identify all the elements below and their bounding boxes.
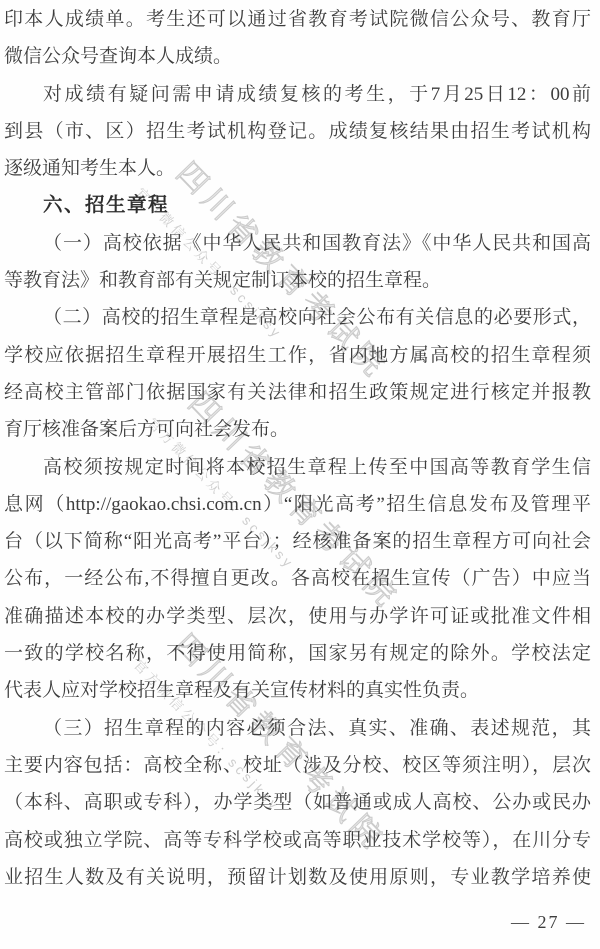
text-line: （一）高校依据《中华人民共和国教育法》《中华人民共和国高 (4, 225, 591, 262)
text-line: 代表人应对学校招生章程及有关宣传材料的真实性负责。 (4, 672, 591, 709)
text-line: （二）高校的招生章程是高校向社会公布有关信息的必要形式， (4, 299, 591, 336)
section-heading: 六、招生章程 (4, 187, 591, 224)
text-line: 台（以下简称“阳光高考”平台）；经核准备案的招生章程方可向社会 (4, 523, 591, 560)
text-line: 公布，一经公布,不得擅自更改。各高校在招生宣传（广告）中应当 (4, 560, 591, 597)
text-line: 等教育法》和教育部有关规定制订本校的招生章程。 (4, 262, 591, 299)
text-line: 经高校主管部门依据国家有关法律和招生政策规定进行核定并报教 (4, 374, 591, 411)
document-page: 四川省教育考试院 官方微信公众号：scsjksy 四川省教育考试院 官方微信公众… (0, 0, 600, 949)
text-line: （本科、高职或专科），办学类型（如普通或成人高校、公办或民办 (4, 784, 591, 821)
text-line: 育厅核准备案后方可向社会发布。 (4, 411, 591, 448)
text-line: 学校应依据招生章程开展招生工作，省内地方属高校的招生章程须 (4, 337, 591, 374)
text-line: 高校须按规定时间将本校招生章程上传至中国高等教育学生信 (4, 449, 591, 486)
text-line: 业招生人数及有关说明，预留计划数及使用原则，专业教学培养使 (4, 859, 591, 896)
text-line: 准确描述本校的办学类型、层次，使用与办学许可证或批准文件相 (4, 598, 591, 635)
text-line: 一致的学校名称，不得使用简称，国家另有规定的除外。学校法定 (4, 635, 591, 672)
text-line: 印本人成绩单。考生还可以通过省教育考试院微信公众号、教育厅 (4, 1, 591, 38)
text-line: 对成绩有疑问需申请成绩复核的考生，于7月25日12：00前 (4, 76, 591, 113)
text-line: 主要内容包括：高校全称、校址（涉及分校、校区等须注明），层次 (4, 747, 591, 784)
page-number: — 27 — (511, 912, 586, 933)
text-line: 息网（http://gaokao.chsi.com.cn）“阳光高考”招生信息发… (4, 486, 591, 523)
text-line: 逐级通知考生本人。 (4, 150, 591, 187)
text-line: 高校或独立学院、高等专科学校或高等职业技术学校等），在川分专 (4, 822, 591, 859)
document-lines: 印本人成绩单。考生还可以通过省教育考试院微信公众号、教育厅微信公众号查询本人成绩… (4, 1, 591, 896)
text-line: 微信公众号查询本人成绩。 (4, 38, 591, 75)
text-line: 到县（市、区）招生考试机构登记。成绩复核结果由招生考试机构 (4, 113, 591, 150)
text-line: （三）招生章程的内容必须合法、真实、准确、表述规范，其 (4, 710, 591, 747)
